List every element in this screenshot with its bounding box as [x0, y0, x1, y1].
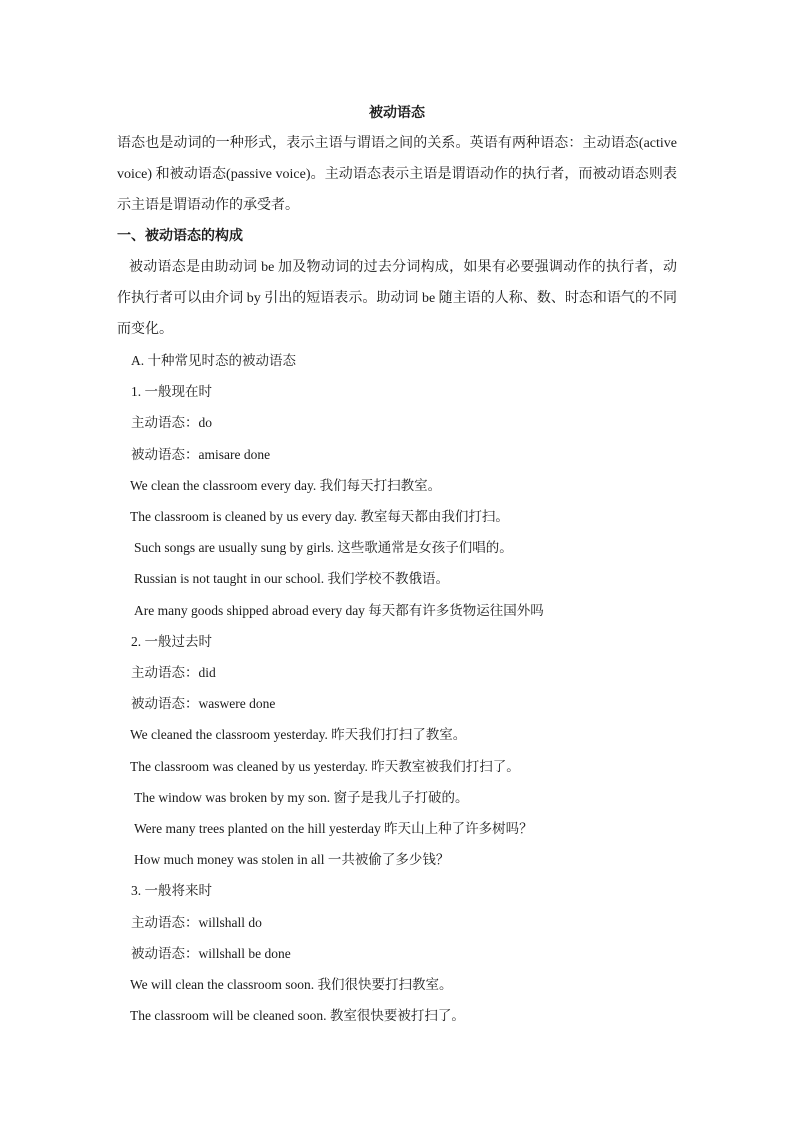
passive-voice-form: 被动语态：waswere done: [117, 688, 677, 719]
active-voice-form: 主动语态：willshall do: [117, 907, 677, 938]
section-body-paragraph: 被动语态是由助动词 be 加及物动词的过去分词构成，如果有必要强调动作的执行者，…: [117, 252, 677, 345]
example-sentence: We will clean the classroom soon. 我们很快要打…: [117, 969, 677, 1000]
passive-voice-form: 被动语态：willshall be done: [117, 938, 677, 969]
document-title: 被动语态: [117, 100, 677, 128]
example-sentence: The classroom is cleaned by us every day…: [117, 501, 677, 532]
example-sentence: How much money was stolen in all 一共被偷了多少…: [117, 844, 677, 875]
active-voice-form: 主动语态：do: [117, 407, 677, 438]
active-voice-form: 主动语态：did: [117, 657, 677, 688]
example-sentence: The classroom was cleaned by us yesterda…: [117, 751, 677, 782]
tense-label: 2. 一般过去时: [117, 626, 677, 657]
document-page: 被动语态 语态也是动词的一种形式，表示主语与谓语之间的关系。英语有两种语态：主动…: [117, 100, 677, 1031]
example-sentence: We cleaned the classroom yesterday. 昨天我们…: [117, 719, 677, 750]
example-sentence: The window was broken by my son. 窗子是我儿子打…: [117, 782, 677, 813]
example-sentence: The classroom will be cleaned soon. 教室很快…: [117, 1000, 677, 1031]
tense-label: 1. 一般现在时: [117, 376, 677, 407]
passive-voice-form: 被动语态：amisare done: [117, 439, 677, 470]
intro-paragraph: 语态也是动词的一种形式，表示主语与谓语之间的关系。英语有两种语态：主动语态(ac…: [117, 128, 677, 221]
tense-label: 3. 一般将来时: [117, 875, 677, 906]
example-sentence: Such songs are usually sung by girls. 这些…: [117, 532, 677, 563]
section-heading: 一、被动语态的构成: [117, 221, 677, 252]
example-sentence: Are many goods shipped abroad every day …: [117, 595, 677, 626]
example-sentence: Were many trees planted on the hill yest…: [117, 813, 677, 844]
example-sentence: We clean the classroom every day. 我们每天打扫…: [117, 470, 677, 501]
subheading: A. 十种常见时态的被动语态: [117, 345, 677, 376]
example-sentence: Russian is not taught in our school. 我们学…: [117, 563, 677, 594]
